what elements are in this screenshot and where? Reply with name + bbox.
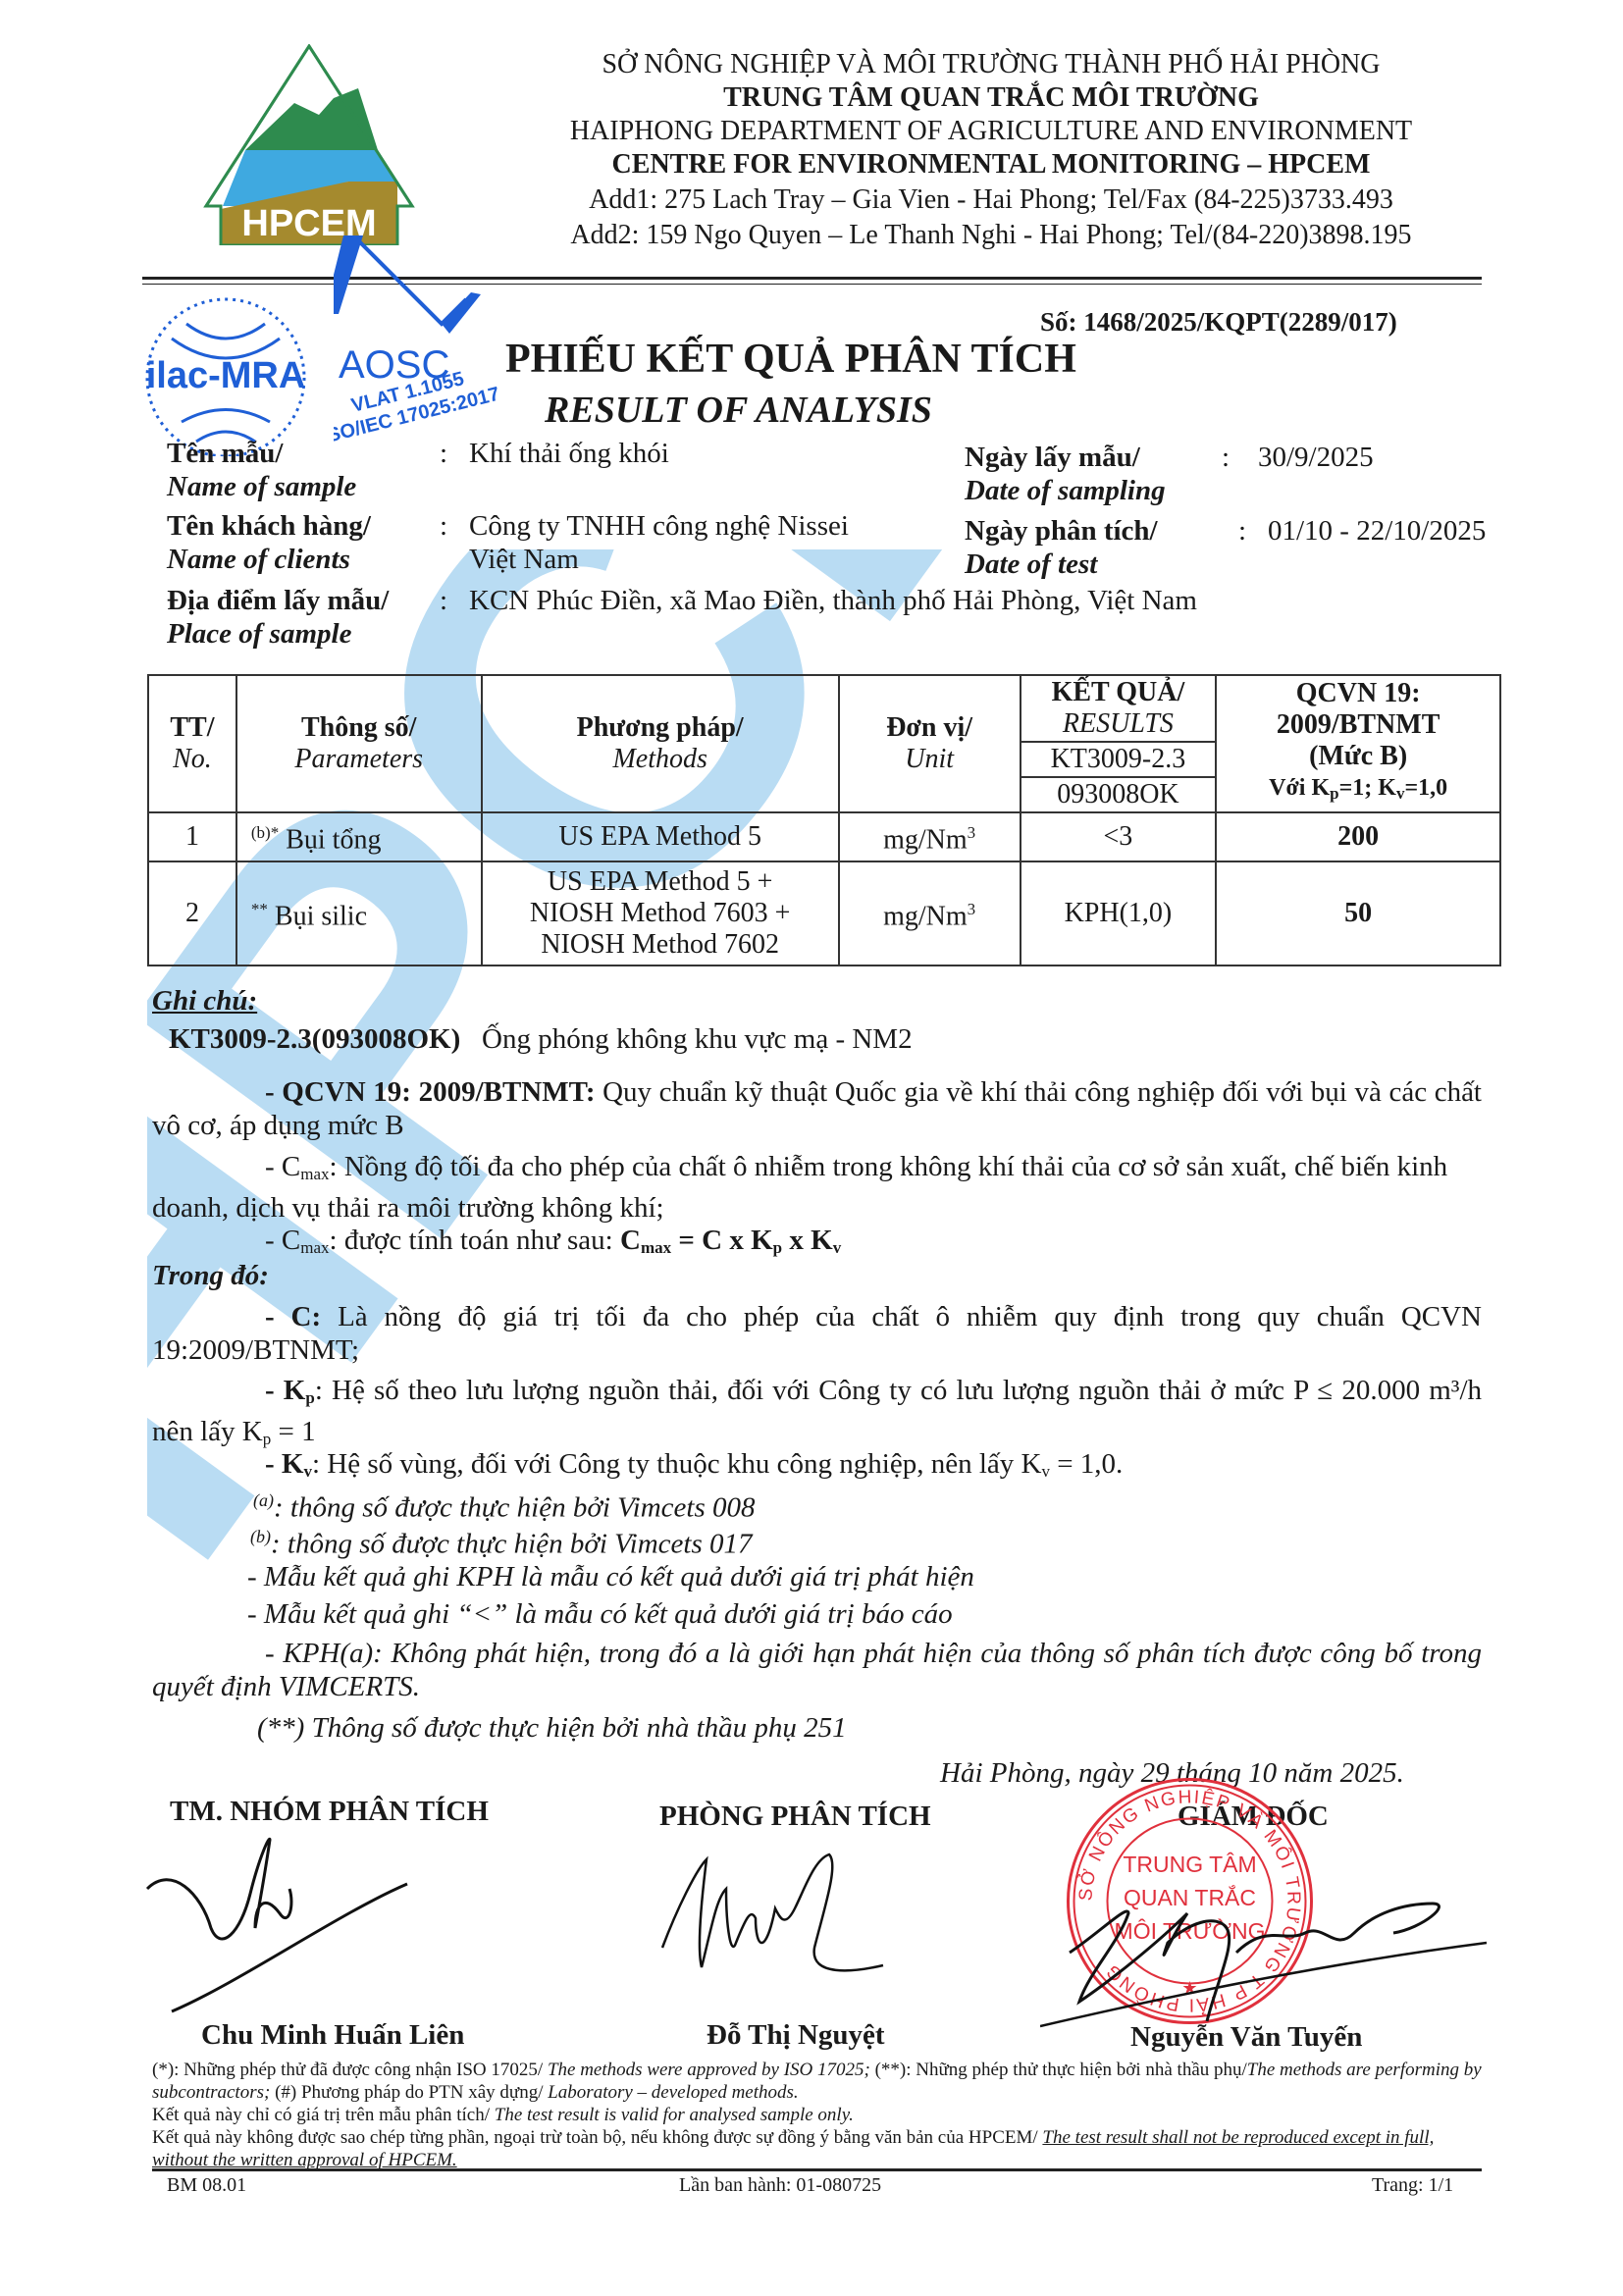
header-results: KẾT QUẢ/RESULTS [1021,675,1217,742]
row-unit: mg/Nm3 [839,861,1021,965]
document-title-vn: PHIẾU KẾT QUẢ PHÂN TÍCH [505,336,1076,383]
signature-director [1040,1884,1492,2031]
row-parameter: (b)* Bụi tổng [236,812,482,861]
header-standard: QCVN 19: 2009/BTNMT (Mức B) Với Kp=1; Kv… [1216,675,1500,812]
row-unit: mg/Nm3 [839,812,1021,861]
sample-name-value: Khí thải ống khói [469,437,669,470]
colon: : [440,437,447,470]
group-leader-name: Chu Minh Huấn Liên [201,2019,464,2052]
dept-head-name: Đỗ Thị Nguyệt [707,2019,885,2052]
row-parameter: ** Bụi silic [236,861,482,965]
place-label: Địa điểm lấy mẫu/ Place of sample [167,584,389,651]
header-department-en: HAIPHONG DEPARTMENT OF AGRICULTURE AND E… [500,116,1482,147]
row-result: <3 [1021,812,1217,861]
issue-number: Lần ban hành: 01-080725 [679,2174,881,2197]
document-title-en: RESULT OF ANALYSIS [545,389,932,432]
header-department-vn: SỞ NÔNG NGHIỆP VÀ MÔI TRƯỜNG THÀNH PHỐ H… [500,49,1482,80]
ilac-mra-logo: ilac-MRA [137,285,314,456]
qcvn-note: - QCVN 19: 2009/BTNMT: Quy chuẩn kỹ thuậ… [152,1075,1482,1142]
footnote-validity: Kết quả này chỉ có giá trị trên mẫu phân… [152,2104,1487,2126]
header-no: TT/No. [148,675,236,812]
aosc-accreditation-logo: AOSC VLAT 1.1055 ISO/IEC 17025:2017 [334,235,530,451]
page-number: Trang: 1/1 [1372,2174,1453,2197]
sample-name-label: Tên mẫu/ Name of sample [167,437,356,503]
kp-note: - Kp: Hệ số theo lưu lượng nguồn thải, đ… [152,1374,1482,1456]
director-name: Nguyễn Văn Tuyến [1130,2021,1362,2054]
row-limit: 50 [1216,861,1500,965]
trong-do-heading: Trong đó: [152,1259,269,1292]
subcontract-note: (**) Thông số được thực hiện bởi nhà thầ… [257,1711,847,1745]
c-note: - C: Là nồng độ giá trị tối đa cho phép … [152,1300,1482,1367]
sampling-date-value: 30/9/2025 [1258,441,1374,474]
svg-text:ilac-MRA: ilac-MRA [146,355,306,396]
header-sample-code-2: 093008OK [1021,777,1217,812]
footnote-reproduction: Kết quả này không được sao chép từng phầ… [152,2126,1487,2171]
sampling-date-label: Ngày lấy mẫu/ Date of sampling [965,441,1166,507]
footnote-methods: (*): Những phép thử đã được công nhận IS… [152,2059,1487,2104]
colon: : [1222,441,1230,474]
header-address-1: Add1: 275 Lach Tray – Gia Vien - Hai Pho… [500,184,1482,216]
table-row: 2 ** Bụi silic US EPA Method 5 +NIOSH Me… [148,861,1500,965]
header-centre-en: CENTRE FOR ENVIRONMENTAL MONITORING – HP… [500,149,1482,181]
lt-note: - Mẫu kết quả ghi “<” là mẫu có kết quả … [247,1597,953,1631]
svg-text:TRUNG TÂM: TRUNG TÂM [1123,1852,1256,1877]
row-method: US EPA Method 5 [482,812,839,861]
row-limit: 200 [1216,812,1500,861]
results-table: TT/No. Thông số/Parameters Phương pháp/M… [147,674,1501,966]
header-sample-code-1: KT3009-2.3 [1021,742,1217,777]
kph-note: - Mẫu kết quả ghi KPH là mẫu có kết quả … [247,1560,974,1593]
place-value: KCN Phúc Điền, xã Mao Điền, thành phố Hả… [469,584,1197,617]
row-no: 2 [148,861,236,965]
header-methods: Phương pháp/Methods [482,675,839,812]
kv-note: - Kv: Hệ số vùng, đối với Công ty thuộc … [152,1447,1482,1488]
test-date-label: Ngày phân tích/ Date of test [965,514,1158,581]
header-parameters: Thông số/Parameters [236,675,482,812]
document-number: Số: 1468/2025/KQPT(2289/017) [1040,307,1397,338]
client-label: Tên khách hàng/ Name of clients [167,509,371,576]
test-date-value: 01/10 - 22/10/2025 [1268,514,1486,548]
sample-code-note: KT3009-2.3(093008OK) Ống phóng không khu… [169,1022,913,1056]
header-address-2: Add2: 159 Ngo Quyen – Le Thanh Nghi - Ha… [500,220,1482,251]
client-value: Công ty TNHH công nghệ Nissei Việt Nam [469,509,849,576]
cmax-formula: - Cmax: được tính toán như sau: Cmax = C… [152,1224,1482,1265]
note-b: (b): thông số được thực hiện bởi Vimcets… [250,1520,753,1561]
table-row: 1 (b)* Bụi tổng US EPA Method 5 mg/Nm3 <… [148,812,1500,861]
form-code: BM 08.01 [167,2174,246,2197]
colon: : [440,509,447,543]
signature-dept-head [657,1850,952,1997]
row-method: US EPA Method 5 +NIOSH Method 7603 +NIOS… [482,861,839,965]
kph-a-note: - KPH(a): Không phát hiện, trong đó a là… [152,1637,1482,1703]
row-result: KPH(1,0) [1021,861,1217,965]
colon: : [1238,514,1246,548]
dept-title: PHÒNG PHÂN TÍCH [659,1800,931,1833]
group-title: TM. NHÓM PHÂN TÍCH [170,1796,489,1828]
header-unit: Đơn vị/Unit [839,675,1021,812]
table-header-row: TT/No. Thông số/Parameters Phương pháp/M… [148,675,1500,742]
row-no: 1 [148,812,236,861]
colon: : [440,584,447,617]
hpcem-logo: HPCEM [201,44,417,245]
cmax-definition: - Cmax: Nồng độ tối đa cho phép của chất… [152,1150,1482,1225]
header-centre-vn: TRUNG TÂM QUAN TRẮC MÔI TRƯỜNG [500,82,1482,114]
note-a: (a): thông số được thực hiện bởi Vimcets… [253,1484,756,1525]
notes-heading: Ghi chú: [152,984,257,1018]
signature-group-leader [142,1835,466,2021]
